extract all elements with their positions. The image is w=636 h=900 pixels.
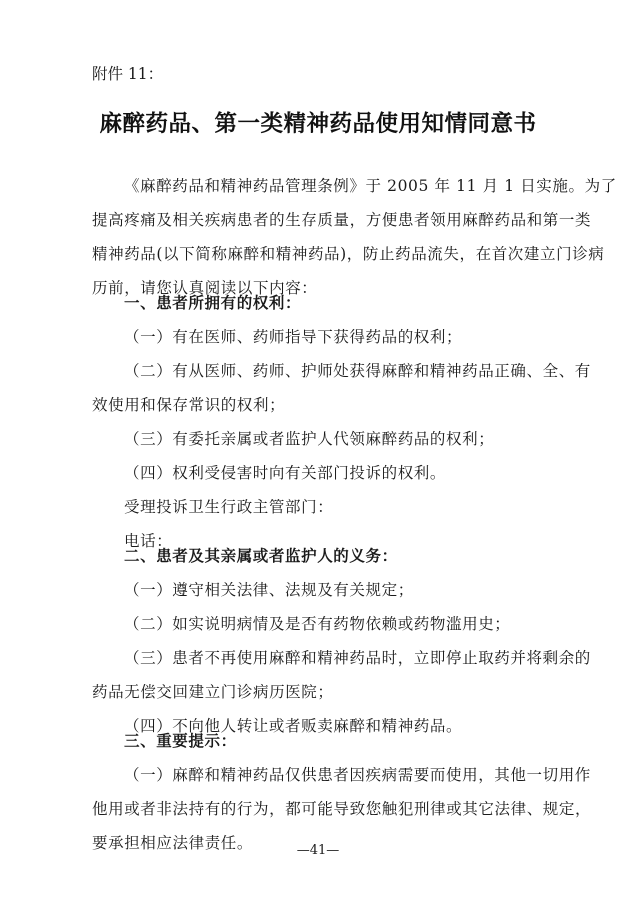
obligations-item-3-cont: 药品无偿交回建立门诊病历医院； (92, 682, 548, 702)
rights-item-2-cont: 效使用和保存常识的权利； (92, 395, 548, 415)
complaint-dept-label: 受理投诉卫生行政主管部门： (124, 497, 580, 517)
obligations-item-3: （三）患者不再使用麻醉和精神药品时，立即停止取药并将剩余的 (124, 648, 580, 668)
rights-item-3: （三）有委托亲属或者监护人代领麻醉药品的权利； (124, 429, 580, 449)
document-page: 附件 11： 麻醉药品、第一类精神药品使用知情同意书 《麻醉药品和精神药品管理条… (0, 0, 636, 900)
intro-line-2: 提高疼痛及相关疾病患者的生存质量，方便患者领用麻醉药品和第一类 (92, 210, 548, 230)
page-number: —41— (0, 843, 636, 858)
document-title: 麻醉药品、第一类精神药品使用知情同意书 (0, 106, 636, 138)
obligations-item-2: （二）如实说明病情及是否有药物依赖或药物滥用史； (124, 614, 580, 634)
notice-item-1: （一）麻醉和精神药品仅供患者因疾病需要而使用，其他一切用作 (124, 765, 580, 785)
section-heading-notice: 三、重要提示： (124, 731, 580, 751)
obligations-item-1: （一）遵守相关法律、法规及有关规定； (124, 580, 580, 600)
annex-label: 附件 11： (92, 62, 163, 84)
section-heading-obligations: 二、患者及其亲属或者监护人的义务： (124, 546, 580, 566)
rights-item-1: （一）有在医师、药师指导下获得药品的权利； (124, 327, 580, 347)
rights-item-4: （四）权利受侵害时向有关部门投诉的权利。 (124, 463, 580, 483)
intro-line-3: 精神药品(以下简称麻醉和精神药品)，防止药品流失，在首次建立门诊病 (92, 244, 548, 264)
section-heading-rights: 一、患者所拥有的权利： (124, 293, 580, 313)
rights-item-2: （二）有从医师、药师、护师处获得麻醉和精神药品正确、全、有 (124, 361, 580, 381)
notice-item-1-cont: 他用或者非法持有的行为，都可能导致您触犯刑律或其它法律、规定， (92, 799, 548, 819)
intro-line-1: 《麻醉药品和精神药品管理条例》于 2005 年 11 月 1 日实施。为了 (124, 176, 580, 196)
